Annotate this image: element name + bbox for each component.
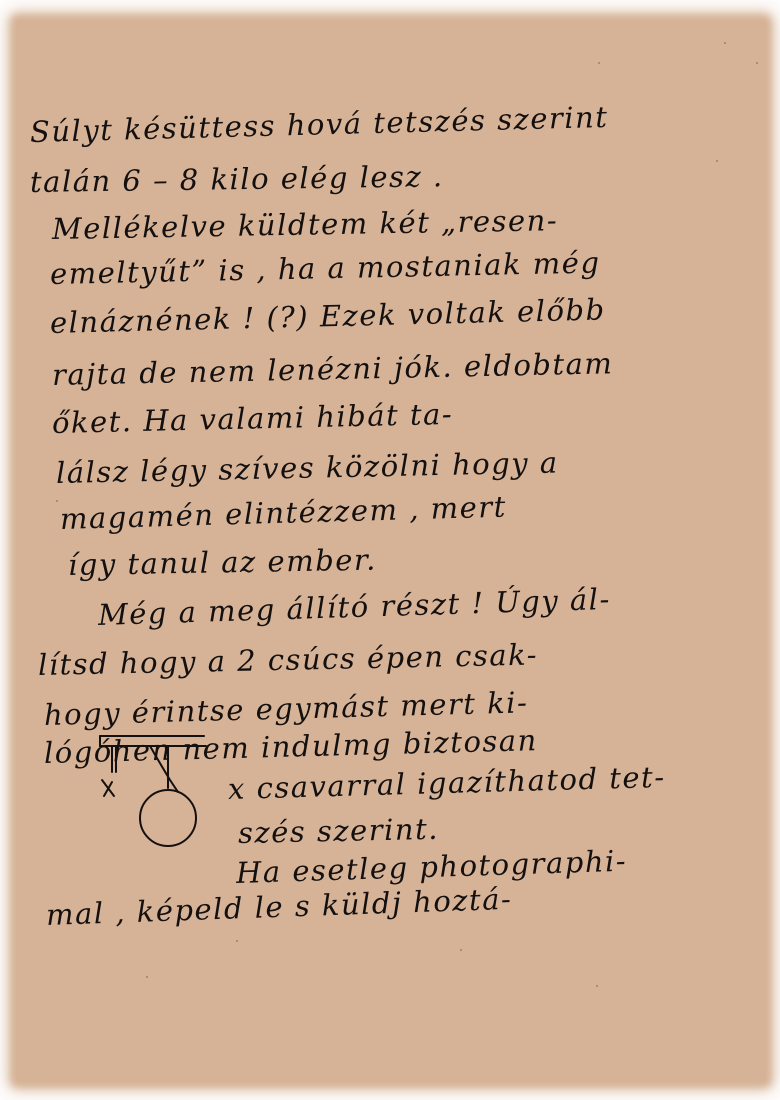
text-line-4: emeltyűt” is , ha a mostaniak még	[50, 245, 601, 291]
paper-speck	[460, 949, 462, 951]
text-line-15: x csavarral igazíthatod tet-	[228, 760, 666, 806]
paper-speck	[756, 62, 758, 64]
text-line-2: talán 6 – 8 kilo elég lesz .	[30, 159, 444, 199]
paper-speck	[724, 42, 726, 44]
paper-speck	[596, 985, 598, 987]
text-line-8: lálsz légy szíves közölni hogy a	[56, 445, 559, 490]
text-line-1: Súlyt késüttess hová tetszés szerint	[30, 100, 609, 149]
text-line-9: magamén elintézzem , mert	[60, 490, 508, 536]
pendulum-sketch	[86, 730, 236, 880]
text-line-17: Ha esetleg photographi-	[235, 844, 627, 890]
paper-speck	[56, 500, 58, 502]
text-line-12: lítsd hogy a 2 csúcs épen csak-	[38, 638, 539, 682]
text-line-6: rajta de nem lenézni jók. eldobtam	[52, 346, 614, 392]
letter-page: Súlyt késüttess hová tetszés szerint tal…	[16, 20, 766, 1082]
text-line-16: szés szerint.	[238, 812, 440, 850]
paper-speck	[146, 976, 148, 978]
text-line-10: így tanul az ember.	[68, 543, 377, 582]
text-line-7: őket. Ha valami hibát ta-	[52, 397, 454, 440]
text-line-18: mal , képeld le s küldj hoztá-	[45, 882, 512, 932]
paper-speck	[598, 62, 600, 64]
text-line-3: Mellékelve küldtem két „resen-	[52, 203, 559, 246]
text-line-11: Még a meg állító részt ! Úgy ál-	[97, 582, 611, 632]
paper-speck	[236, 940, 238, 942]
paper-speck	[716, 160, 718, 162]
text-line-5: elnáznének ! (?) Ezek voltak előbb	[50, 292, 606, 340]
